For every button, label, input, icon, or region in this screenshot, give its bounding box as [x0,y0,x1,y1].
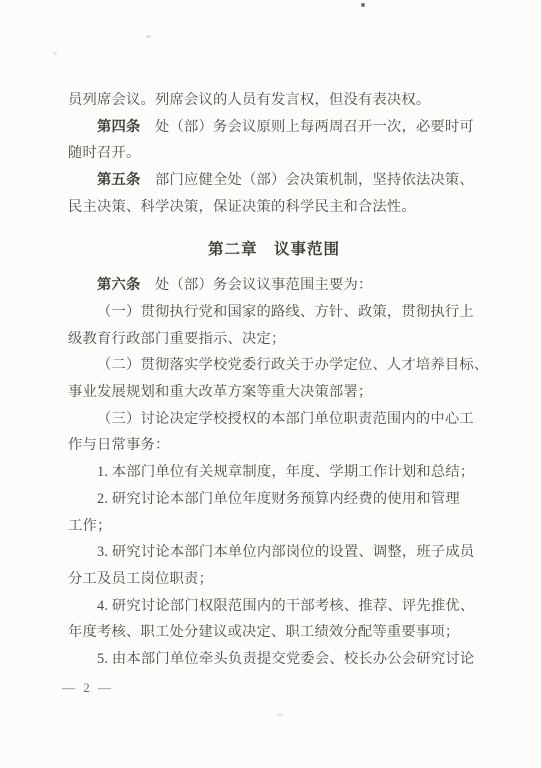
document-line: 工作； [68,513,480,540]
line-text: 工作； [68,518,112,534]
line-text: 随时召开。 [68,145,140,161]
document-line: 分工及员工岗位职责； [68,566,480,593]
document-line: 年度考核、职工处分建议或决定、职工绩效分配等重要事项； [68,619,480,646]
clause-number: 第四条 [97,119,141,135]
document-line: 5. 由本部门单位牵头负责提交党委会、校长办公会研究讨论 [68,646,480,673]
line-text: 员列席会议。列席会议的人员有发言权，但没有表决权。 [68,92,430,108]
document-line: （二）贯彻落实学校党委行政关于办学定位、人才培养目标、 [68,352,480,379]
document-line: （一）贯彻执行党和国家的路线、方针、政策，贯彻执行上 [68,299,480,326]
chapter-heading: 第二章 议事范围 [68,237,480,264]
document-line: 民主决策、科学决策，保证决策的科学民主和合法性。 [68,194,480,221]
line-text: （二）贯彻落实学校党委行政关于办学定位、人才培养目标、 [97,357,488,373]
line-text: 年度考核、职工处分建议或决定、职工绩效分配等重要事项； [68,624,459,640]
line-text: （一）贯彻执行党和国家的路线、方针、政策，贯彻执行上 [97,304,474,320]
line-text: 民主决策、科学决策，保证决策的科学民主和合法性。 [68,199,416,215]
document-line: （三）讨论决定学校授权的本部门单位职责范围内的中心工 [68,406,480,433]
document-line: 第六条 处（部）务会议议事范围主要为： [68,272,480,299]
line-text: 4. 研究讨论部门权限范围内的干部考核、推荐、评先推优、 [97,598,474,614]
line-text: 作与日常事务： [68,437,169,453]
document-line: 3. 研究讨论本部门本单位内部岗位的设置、调整，班子成员 [68,539,480,566]
document-line: 2. 研究讨论本部门单位年度财务预算内经费的使用和管理 [68,486,480,513]
scan-artifact [277,713,283,717]
document-page: 员列席会议。列席会议的人员有发言权，但没有表决权。第四条 处（部）务会议原则上每… [0,0,541,768]
line-text: 2. 研究讨论本部门单位年度财务预算内经费的使用和管理 [97,491,460,507]
scan-artifact [146,35,151,38]
document-line: 事业发展规划和重大改革方案等重大决策部署； [68,379,480,406]
document-line: 作与日常事务： [68,432,480,459]
document-line: 1. 本部门单位有关规章制度，年度、学期工作计划和总结； [68,459,480,486]
scan-artifact [361,3,365,7]
line-text: 1. 本部门单位有关规章制度，年度、学期工作计划和总结； [97,464,474,480]
line-text: （三）讨论决定学校授权的本部门单位职责范围内的中心工 [97,411,474,427]
line-text: 级教育行政部门重要指示、决定； [68,331,285,347]
document-line: 随时召开。 [68,140,480,167]
line-text: 事业发展规划和重大改革方案等重大决策部署； [68,384,372,400]
document-line: 第四条 处（部）务会议原则上每两周召开一次，必要时可 [68,114,480,141]
document-line: 第五条 部门应健全处（部）会决策机制，坚持依法决策、 [68,167,480,194]
line-text: 部门应健全处（部）会决策机制，坚持依法决策、 [141,172,474,188]
clause-number: 第六条 [97,277,141,293]
scan-artifact [53,52,57,55]
text-block: 员列席会议。列席会议的人员有发言权，但没有表决权。第四条 处（部）务会议原则上每… [68,87,480,673]
document-line: 员列席会议。列席会议的人员有发言权，但没有表决权。 [68,87,480,114]
document-line: 4. 研究讨论部门权限范围内的干部考核、推荐、评先推优、 [68,593,480,620]
line-text: 处（部）务会议原则上每两周召开一次，必要时可 [141,119,474,135]
line-text: 5. 由本部门单位牵头负责提交党委会、校长办公会研究讨论 [97,651,474,667]
page-number: — 2 — [62,680,114,696]
line-text: 3. 研究讨论本部门本单位内部岗位的设置、调整，班子成员 [97,544,474,560]
clause-number: 第五条 [97,172,141,188]
line-text: 分工及员工岗位职责； [68,571,213,587]
document-line: 级教育行政部门重要指示、决定； [68,326,480,353]
line-text: 处（部）务会议议事范围主要为： [141,277,373,293]
